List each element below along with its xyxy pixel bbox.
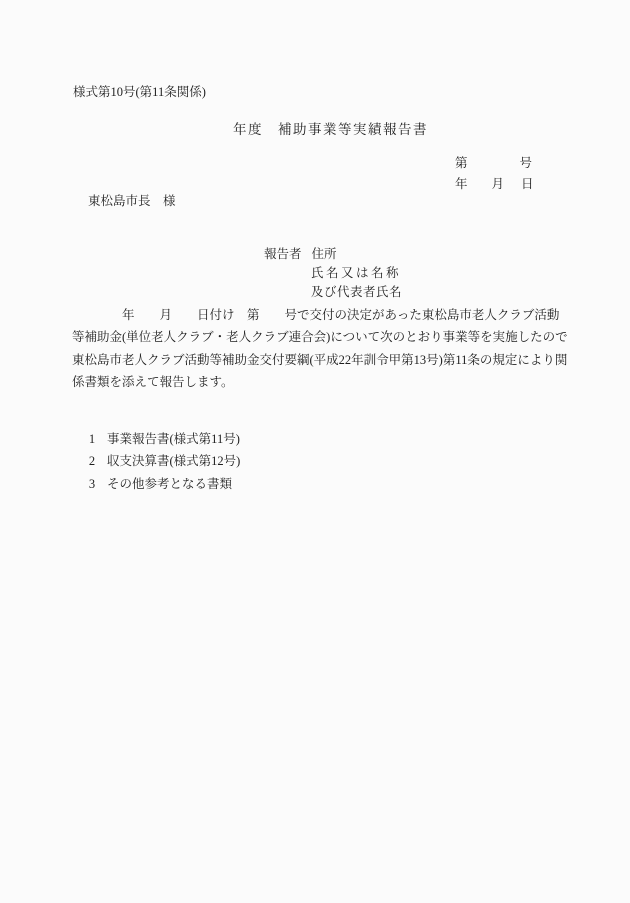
- list-item-label: その他参考となる書類: [107, 473, 232, 495]
- body-line: 東松島市老人クラブ活動等補助金交付要綱(平成22年訓令甲第13号)第11条の規定…: [72, 349, 568, 371]
- attachment-list: 1 事業報告書(様式第11号) 2 収支決算書(様式第12号) 3 その他参考と…: [88, 428, 240, 495]
- document-number-prefix: 第: [455, 156, 468, 170]
- list-item: 3 その他参考となる書類: [88, 473, 240, 495]
- reporter-block: 報告者 住所 氏名又は名称 及び代表者氏名: [264, 245, 402, 302]
- list-item-label: 収支決算書(様式第12号): [107, 450, 240, 472]
- reporter-address-label: 住所: [312, 245, 337, 264]
- list-item: 2 収支決算書(様式第12号): [88, 450, 240, 472]
- date-day-blank: [504, 187, 521, 188]
- body-line: 等補助金(単位老人クラブ・老人クラブ連合会)について次のとおり事業等を実施したの…: [72, 326, 568, 348]
- date-month-label: 月: [492, 177, 505, 191]
- list-item: 1 事業報告書(様式第11号): [88, 428, 240, 450]
- document-number-suffix: 号: [520, 156, 533, 170]
- date-day-label: 日: [521, 177, 534, 191]
- form-number: 様式第10号(第11条関係): [73, 82, 206, 100]
- list-item-number: 3: [88, 473, 96, 495]
- body-paragraph: 年 月 日付け 第 号で交付の決定があった東松島市老人クラブ活動 等補助金(単位…: [72, 304, 568, 394]
- list-item-number: 2: [88, 450, 96, 472]
- date-year-label: 年: [455, 177, 468, 191]
- date-line: 年月日: [455, 174, 534, 192]
- list-item-label: 事業報告書(様式第11号): [107, 428, 240, 450]
- document-number-blank: [468, 166, 520, 167]
- reporter-name-label: 氏名又は名称: [264, 264, 402, 283]
- document-number-line: 第号: [455, 153, 532, 171]
- body-line: 係書類を添えて報告します。: [72, 371, 568, 393]
- list-item-number: 1: [88, 428, 96, 450]
- reporter-representative-label: 及び代表者氏名: [264, 283, 402, 302]
- report-form-page: 様式第10号(第11条関係) 年度 補助事業等実績報告書 第号 年月日 東松島市…: [0, 0, 630, 903]
- addressee: 東松島市長 様: [88, 191, 176, 209]
- body-line: 年 月 日付け 第 号で交付の決定があった東松島市老人クラブ活動: [72, 304, 568, 326]
- reporter-label: 報告者: [264, 245, 302, 264]
- date-year-blank: [468, 187, 492, 188]
- reporter-address-row: 報告者 住所: [264, 245, 402, 264]
- page-title: 年度 補助事業等実績報告書: [233, 118, 428, 138]
